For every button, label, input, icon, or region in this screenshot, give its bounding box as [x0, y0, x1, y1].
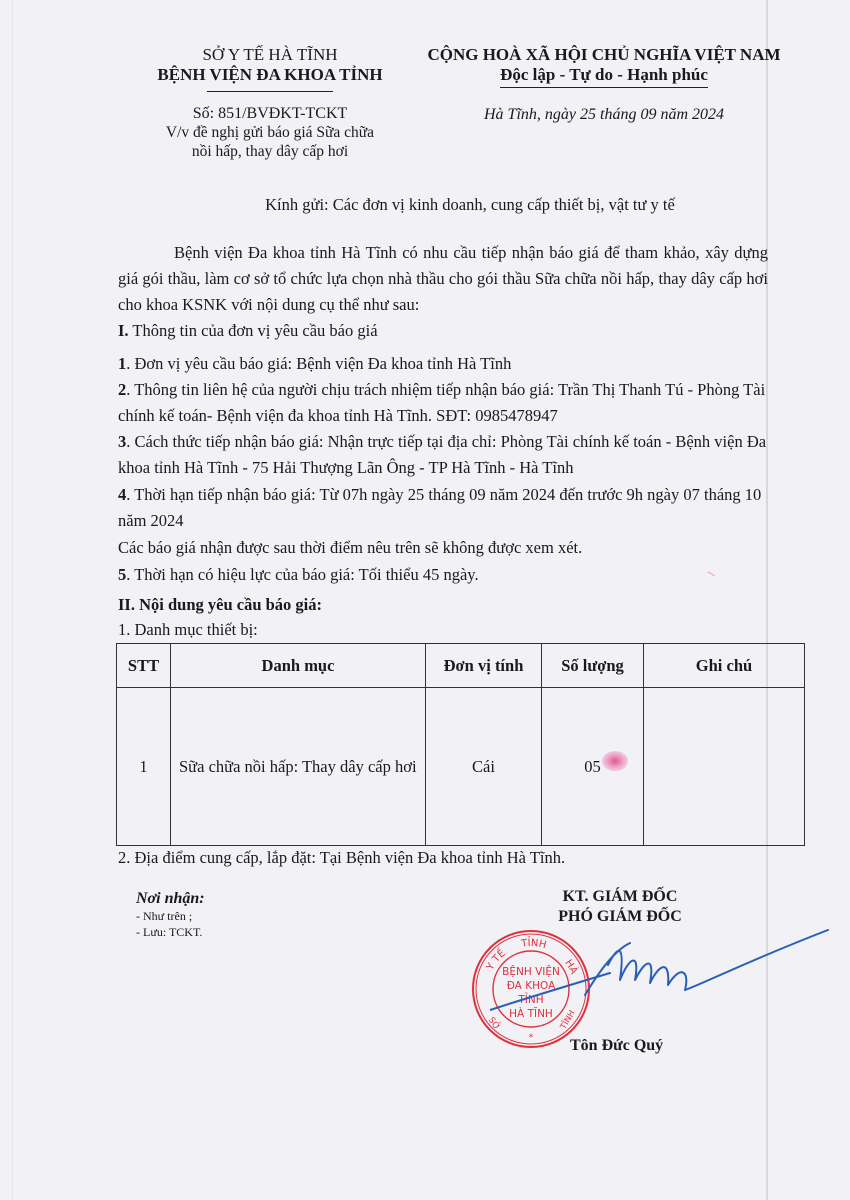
signature-title-block: KT. GIÁM ĐỐC PHÓ GIÁM ĐỐC	[520, 887, 720, 927]
signer-name: Tôn Đức Quý	[570, 1037, 663, 1055]
cell-note	[644, 688, 805, 846]
item-text: . Thời hạn tiếp nhận báo giá: Từ 07h ngà…	[118, 485, 761, 530]
item-text: . Cách thức tiếp nhận báo giá: Nhận trực…	[118, 432, 766, 477]
equipment-list-title: 1. Danh mục thiết bị:	[118, 617, 778, 643]
section-1-heading: I. Thông tin của đơn vị yêu cầu báo giá	[118, 318, 778, 344]
section-2-heading: II. Nội dung yêu cầu báo giá:	[118, 592, 778, 618]
recipients-block: Nơi nhận: - Như trên ; - Lưu: TCKT.	[136, 890, 205, 940]
sign-on-behalf: KT. GIÁM ĐỐC	[520, 887, 720, 907]
table-header-row: STT Danh mục Đơn vị tính Số lượng Ghi ch…	[117, 644, 805, 688]
col-stt: STT	[117, 644, 171, 688]
col-item: Danh mục	[171, 644, 426, 688]
delivery-location: 2. Địa điểm cung cấp, lắp đặt: Tại Bệnh …	[118, 845, 778, 871]
col-quantity: Số lượng	[542, 644, 644, 688]
item-number: 5	[118, 565, 126, 584]
scan-artifact-left	[12, 0, 13, 1200]
item-3: 3. Cách thức tiếp nhận báo giá: Nhận trự…	[118, 429, 778, 481]
item-number: 1	[118, 354, 126, 373]
svg-text:*: *	[529, 1033, 534, 1043]
item-number: 3	[118, 432, 126, 451]
cell-quantity: 05	[542, 688, 644, 846]
ink-smudge	[602, 751, 628, 771]
item-text: . Thời hạn có hiệu lực của báo giá: Tối …	[126, 565, 478, 584]
table-row: 1 Sữa chữa nồi hấp: Thay dây cấp hơi Cái…	[117, 688, 805, 846]
organization-name: BỆNH VIỆN ĐA KHOA TỈNH	[120, 65, 420, 85]
item-1: 1. Đơn vị yêu cầu báo giá: Bệnh viện Đa …	[118, 351, 778, 377]
quantity-value-wrap: 05	[584, 757, 601, 777]
item-text: . Đơn vị yêu cầu báo giá: Bệnh viện Đa k…	[126, 354, 511, 373]
intro-paragraph: Bệnh viện Đa khoa tỉnh Hà Tĩnh có nhu cầ…	[118, 240, 768, 318]
item-4: 4. Thời hạn tiếp nhận báo giá: Từ 07h ng…	[118, 482, 778, 534]
col-note: Ghi chú	[644, 644, 805, 688]
section-1-number: I.	[118, 321, 129, 340]
recipient-item: - Như trên ;	[136, 908, 205, 924]
col-unit: Đơn vị tính	[426, 644, 542, 688]
handwritten-signature-icon	[490, 925, 830, 1015]
equipment-table: STT Danh mục Đơn vị tính Số lượng Ghi ch…	[116, 643, 805, 846]
item-number: 2	[118, 380, 126, 399]
recipient-line: Kính gửi: Các đơn vị kinh doanh, cung cấ…	[120, 192, 820, 218]
issuer-block: SỞ Y TẾ HÀ TĨNH BỆNH VIỆN ĐA KHOA TỈNH S…	[120, 45, 420, 161]
cell-item: Sữa chữa nồi hấp: Thay dây cấp hơi	[171, 688, 426, 846]
signer-title: PHÓ GIÁM ĐỐC	[520, 907, 720, 927]
cell-unit: Cái	[426, 688, 542, 846]
document-number: Số: 851/BVĐKT-TCKT	[120, 104, 420, 123]
motto: Độc lập - Tự do - Hạnh phúc	[500, 65, 708, 88]
cell-stt: 1	[117, 688, 171, 846]
subject-line-1: V/v đề nghị gửi báo giá Sữa chữa	[120, 123, 420, 142]
recipients-title: Nơi nhận:	[136, 890, 205, 908]
item-2: 2. Thông tin liên hệ của người chịu trác…	[118, 377, 778, 429]
subject-line-2: nồi hấp, thay dây cấp hơi	[120, 142, 420, 161]
item-text: . Thông tin liên hệ của người chịu trách…	[118, 380, 765, 425]
place-date: Hà Tĩnh, ngày 25 tháng 09 năm 2024	[424, 106, 784, 124]
quantity-value: 05	[584, 757, 601, 776]
divider	[207, 91, 333, 92]
item-5: 5. Thời hạn có hiệu lực của báo giá: Tối…	[118, 562, 778, 588]
national-header: CỘNG HOÀ XÃ HỘI CHỦ NGHĨA VIỆT NAM Độc l…	[424, 45, 784, 124]
nation-title: CỘNG HOÀ XÃ HỘI CHỦ NGHĨA VIỆT NAM	[424, 45, 784, 65]
item-number: 4	[118, 485, 126, 504]
agency-name: SỞ Y TẾ HÀ TĨNH	[120, 45, 420, 65]
recipient-item: - Lưu: TCKT.	[136, 924, 205, 940]
section-1-title: Thông tin của đơn vị yêu cầu báo giá	[129, 321, 378, 340]
late-quote-note: Các báo giá nhận được sau thời điểm nêu …	[118, 535, 778, 561]
